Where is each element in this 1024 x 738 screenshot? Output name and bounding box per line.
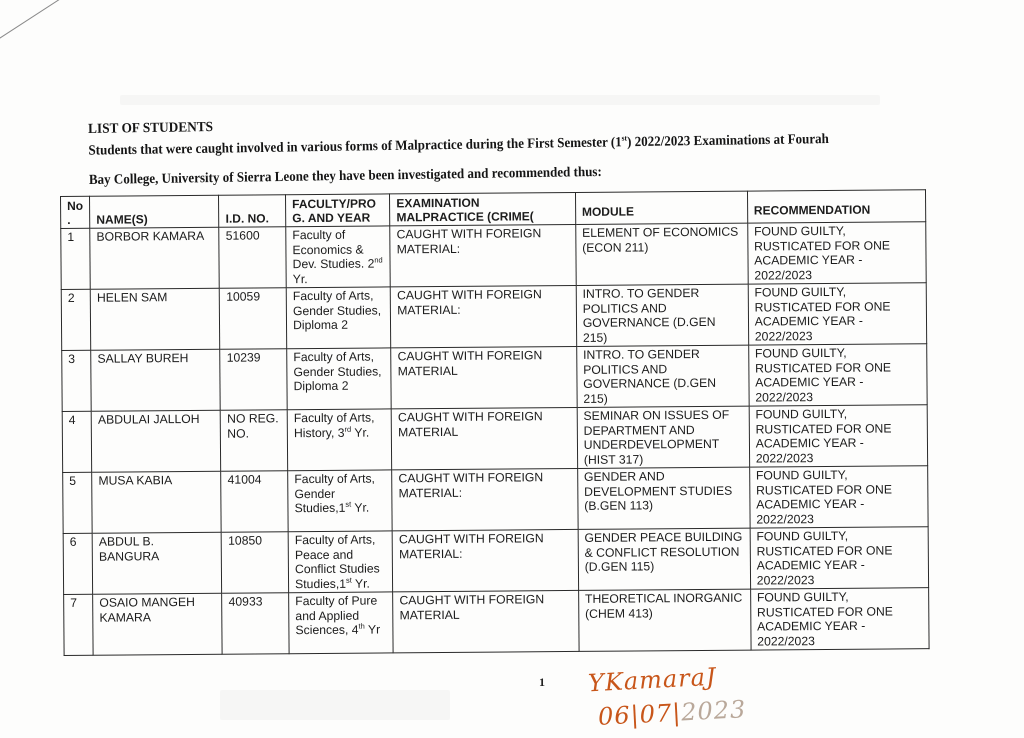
malpractice-type: CAUGHT WITH FOREIGN MATERIAL: bbox=[391, 285, 577, 347]
student-number: 7 bbox=[64, 594, 94, 655]
page-number: 1 bbox=[539, 675, 545, 690]
student-faculty: Faculty of Arts, Gender Studies,1st Yr. bbox=[288, 470, 393, 532]
handwritten-signature: YKamaraJ bbox=[587, 665, 717, 696]
student-number: 4 bbox=[62, 411, 92, 472]
student-faculty: Faculty of Arts, Peace and Conflict Stud… bbox=[288, 531, 393, 593]
student-faculty: Faculty of Arts, Gender Studies, Diploma… bbox=[286, 287, 391, 349]
table-row: 1BORBOR KAMARA51600Faculty of Economics … bbox=[61, 222, 926, 290]
table-row: 2HELEN SAM10059Faculty of Arts, Gender S… bbox=[61, 283, 926, 351]
module: ELEMENT OF ECONOMICS (ECON 211) bbox=[576, 223, 748, 285]
malpractice-type: CAUGHT WITH FOREIGN MATERIAL bbox=[393, 590, 579, 652]
module: THEORETICAL INORGANIC (CHEM 413) bbox=[578, 589, 750, 651]
handwritten-date: 06|07|2023 bbox=[597, 696, 746, 730]
recommendation: FOUND GUILTY, RUSTICATED FOR ONE ACADEMI… bbox=[748, 344, 927, 406]
header-name: NAME(S) bbox=[90, 195, 219, 228]
header-module: MODULE bbox=[575, 191, 747, 224]
malpractice-type: CAUGHT WITH FOREIGN MATERIAL bbox=[391, 407, 577, 469]
module: GENDER PEACE BUILDING & CONFLICT RESOLUT… bbox=[578, 528, 750, 590]
student-name: ABDULAI JALLOH bbox=[91, 410, 221, 472]
student-id: 40933 bbox=[222, 593, 289, 655]
student-faculty: Faculty of Pure and Applied Sciences, 4t… bbox=[289, 592, 394, 654]
malpractice-type: CAUGHT WITH FOREIGN MATERIAL: bbox=[392, 529, 578, 591]
bleed-through-text bbox=[220, 690, 450, 720]
document-heading: LIST OF STUDENTS Students that were caug… bbox=[88, 108, 969, 188]
student-name: OSAIO MANGEH KAMARA bbox=[93, 593, 223, 655]
student-faculty: Faculty of Arts, History, 3rd Yr. bbox=[287, 409, 392, 471]
table-row: 7OSAIO MANGEH KAMARA40933Faculty of Pure… bbox=[64, 588, 929, 656]
module: SEMINAR ON ISSUES OF DEPARTMENT AND UNDE… bbox=[577, 406, 749, 468]
student-name: SALLAY BUREH bbox=[91, 349, 221, 411]
module: INTRO. TO GENDER POLITICS AND GOVERNANCE… bbox=[576, 284, 748, 346]
student-number: 2 bbox=[61, 289, 91, 350]
table-row: 5MUSA KABIA41004Faculty of Arts, Gender … bbox=[63, 466, 928, 534]
module: GENDER AND DEVELOPMENT STUDIES (B.GEN 11… bbox=[577, 467, 749, 529]
student-number: 1 bbox=[61, 228, 91, 289]
header-no: No. bbox=[61, 196, 90, 228]
recommendation: FOUND GUILTY, RUSTICATED FOR ONE ACADEMI… bbox=[747, 222, 926, 284]
malpractice-table-container: No. NAME(S) I.D. NO. FACULTY/PROG. AND Y… bbox=[60, 189, 930, 656]
student-name: HELEN SAM bbox=[90, 288, 220, 350]
student-id: 10850 bbox=[222, 532, 289, 594]
header-id: I.D. NO. bbox=[219, 195, 286, 228]
student-number: 6 bbox=[63, 533, 93, 594]
document-intro-line-2: Bay College, University of Sierra Leone … bbox=[89, 159, 908, 189]
student-id: 10059 bbox=[220, 288, 287, 350]
header-recommendation: RECOMMENDATION bbox=[747, 190, 926, 223]
malpractice-table: No. NAME(S) I.D. NO. FACULTY/PROG. AND Y… bbox=[60, 189, 930, 656]
paper-fold-line bbox=[0, 0, 116, 45]
malpractice-type: CAUGHT WITH FOREIGN MATERIAL: bbox=[390, 224, 576, 286]
recommendation: FOUND GUILTY, RUSTICATED FOR ONE ACADEMI… bbox=[748, 283, 927, 345]
student-faculty: Faculty of Arts, Gender Studies, Diploma… bbox=[287, 348, 392, 410]
table-body: 1BORBOR KAMARA51600Faculty of Economics … bbox=[61, 222, 929, 656]
student-name: MUSA KABIA bbox=[92, 471, 222, 533]
student-number: 3 bbox=[62, 350, 92, 411]
recommendation: FOUND GUILTY, RUSTICATED FOR ONE ACADEMI… bbox=[750, 588, 929, 650]
recommendation: FOUND GUILTY, RUSTICATED FOR ONE ACADEMI… bbox=[749, 405, 928, 467]
student-number: 5 bbox=[63, 472, 93, 533]
header-exam-malpractice: EXAMINATION MALPRACTICE (CRIME( bbox=[390, 192, 576, 225]
bleed-through-text bbox=[120, 95, 880, 105]
table-row: 6ABDUL B. BANGURA10850Faculty of Arts, P… bbox=[63, 527, 928, 595]
student-id: NO REG. NO. bbox=[221, 410, 288, 472]
recommendation: FOUND GUILTY, RUSTICATED FOR ONE ACADEMI… bbox=[749, 466, 928, 528]
header-faculty: FACULTY/PROG. AND YEAR bbox=[286, 194, 390, 227]
recommendation: FOUND GUILTY, RUSTICATED FOR ONE ACADEMI… bbox=[750, 527, 929, 589]
module: INTRO. TO GENDER POLITICS AND GOVERNANCE… bbox=[576, 345, 748, 407]
table-row: 4ABDULAI JALLOHNO REG. NO.Faculty of Art… bbox=[62, 405, 927, 473]
student-faculty: Faculty of Economics & Dev. Studies. 2nd… bbox=[286, 226, 391, 288]
table-row: 3SALLAY BUREH10239Faculty of Arts, Gende… bbox=[62, 344, 927, 412]
student-id: 10239 bbox=[220, 349, 287, 411]
student-id: 51600 bbox=[219, 227, 286, 289]
malpractice-type: CAUGHT WITH FOREIGN MATERIAL: bbox=[392, 468, 578, 530]
malpractice-type: CAUGHT WITH FOREIGN MATERIAL bbox=[391, 346, 577, 408]
student-name: BORBOR KAMARA bbox=[90, 227, 220, 289]
student-id: 41004 bbox=[221, 471, 288, 533]
student-name: ABDUL B. BANGURA bbox=[92, 532, 222, 594]
